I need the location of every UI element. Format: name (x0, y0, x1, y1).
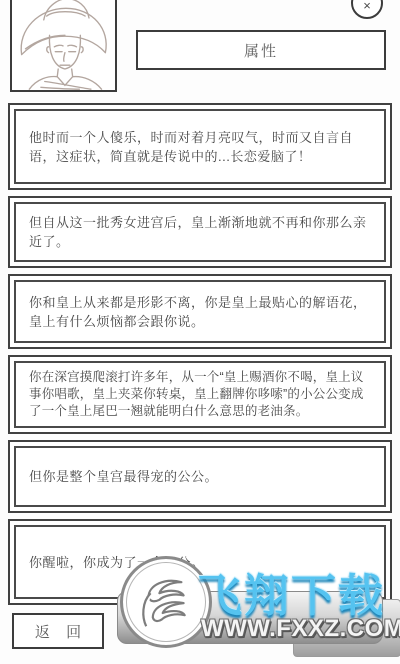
story-message-box: 他时而一个人傻乐，时而对着月亮叹气，时而又自言自语，这症状，简直就是传说中的..… (8, 103, 392, 190)
back-button-label: 返 回 (35, 621, 87, 642)
attributes-button-label: 属性 (244, 40, 278, 61)
story-message-box: 你和皇上从来都是形影不离，你是皇上最贴心的解语花，皇上有什么烦恼都会跟你说。 (8, 274, 392, 349)
watermark-right-panel (293, 599, 400, 657)
story-message-text: 你和皇上从来都是形影不离，你是皇上最贴心的解语花，皇上有什么烦恼都会跟你说。 (16, 293, 384, 331)
story-message-box: 你在深宫摸爬滚打许多年，从一个“皇上赐酒你不喝，皇上议事你唱歌，皇上夹菜你转桌，… (8, 355, 392, 434)
close-icon: × (363, 0, 371, 13)
story-message-text: 他时而一个人傻乐，时而对着月亮叹气，时而又自言自语，这症状，简直就是传说中的..… (16, 128, 384, 166)
watermark-site-url: WWW.FXXZ.COM (201, 615, 400, 643)
character-portrait (10, 0, 117, 92)
story-message-text: 但自从这一批秀女进宫后，皇上渐渐地就不再和你那么亲近了。 (16, 213, 384, 251)
story-message-box: 但自从这一批秀女进宫后，皇上渐渐地就不再和你那么亲近了。 (8, 196, 392, 268)
story-message-text: 你醒啦，你成为了一个公公。 (16, 553, 218, 572)
back-button[interactable]: 返 回 (12, 613, 104, 649)
story-message-box: 你醒啦，你成为了一个公公。 (8, 519, 392, 605)
eunuch-portrait-sketch-icon (12, 0, 115, 90)
story-message-text: 但你是整个皇宫最得宠的公公。 (16, 467, 231, 486)
story-message-text: 你在深宫摸爬滚打许多年，从一个“皇上赐酒你不喝，皇上议事你唱歌，皇上夹菜你转桌，… (16, 369, 384, 420)
story-message-box: 但你是整个皇宫最得宠的公公。 (8, 440, 392, 513)
close-button[interactable]: × (351, 0, 383, 19)
attributes-button[interactable]: 属性 (136, 30, 386, 70)
